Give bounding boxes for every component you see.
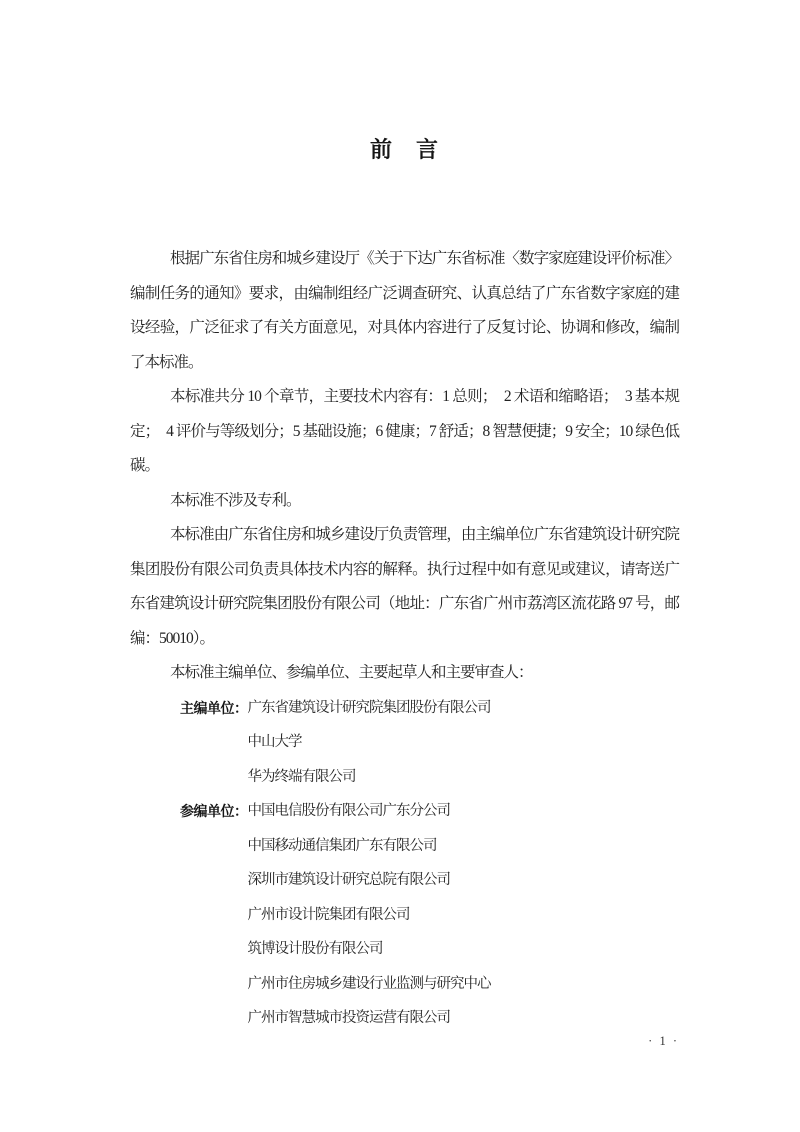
unit-item: 广州市设计院集团有限公司 (248, 898, 680, 933)
unit-item: 中国电信股份有限公司广东分公司 (248, 794, 680, 829)
unit-item: 深圳市建筑设计研究总院有限公司 (248, 863, 680, 898)
paragraph-units-intro: 本标准主编单位、参编单位、主要起草人和主要审查人： (130, 656, 679, 691)
paragraph-background: 根据广东省住房和城乡建设厅《关于下达广东省标准〈数字家庭建设评价标准〉编制任务的… (130, 242, 679, 380)
unit-item: 广州市智慧城市投资运营有限公司 (248, 1001, 680, 1036)
unit-item: 筑博设计股份有限公司 (248, 932, 680, 967)
foreword-body: 根据广东省住房和城乡建设厅《关于下达广东省标准〈数字家庭建设评价标准〉编制任务的… (130, 242, 679, 1036)
paragraph-patent: 本标准不涉及专利。 (130, 484, 679, 519)
chief-editor-list: 广东省建筑设计研究院集团股份有限公司中山大学华为终端有限公司 (248, 691, 680, 795)
foreword-title: 前 言 (130, 133, 679, 164)
participating-units: 参编单位： 中国电信股份有限公司广东分公司中国移动通信集团广东有限公司深圳市建筑… (130, 794, 679, 1036)
unit-item: 华为终端有限公司 (248, 760, 680, 795)
unit-item: 广东省建筑设计研究院集团股份有限公司 (248, 691, 680, 726)
chief-editor-units: 主编单位： 广东省建筑设计研究院集团股份有限公司中山大学华为终端有限公司 (130, 691, 679, 795)
document-page: 前 言 根据广东省住房和城乡建设厅《关于下达广东省标准〈数字家庭建设评价标准〉编… (0, 0, 800, 1132)
unit-item: 广州市住房城乡建设行业监测与研究中心 (248, 967, 680, 1002)
participating-units-list: 中国电信股份有限公司广东分公司中国移动通信集团广东有限公司深圳市建筑设计研究总院… (248, 794, 680, 1036)
unit-item: 中国移动通信集团广东有限公司 (248, 829, 680, 864)
chief-editor-label: 主编单位： (180, 691, 248, 726)
page-number: · 1 · (130, 1034, 679, 1049)
paragraph-management: 本标准由广东省住房和城乡建设厅负责管理，由主编单位广东省建筑设计研究院集团股份有… (130, 518, 679, 656)
participating-units-label: 参编单位： (180, 794, 248, 829)
unit-item: 中山大学 (248, 725, 680, 760)
paragraph-chapters: 本标准共分 10 个章节，主要技术内容有：1 总则； 2 术语和缩略语； 3 基… (130, 380, 679, 484)
